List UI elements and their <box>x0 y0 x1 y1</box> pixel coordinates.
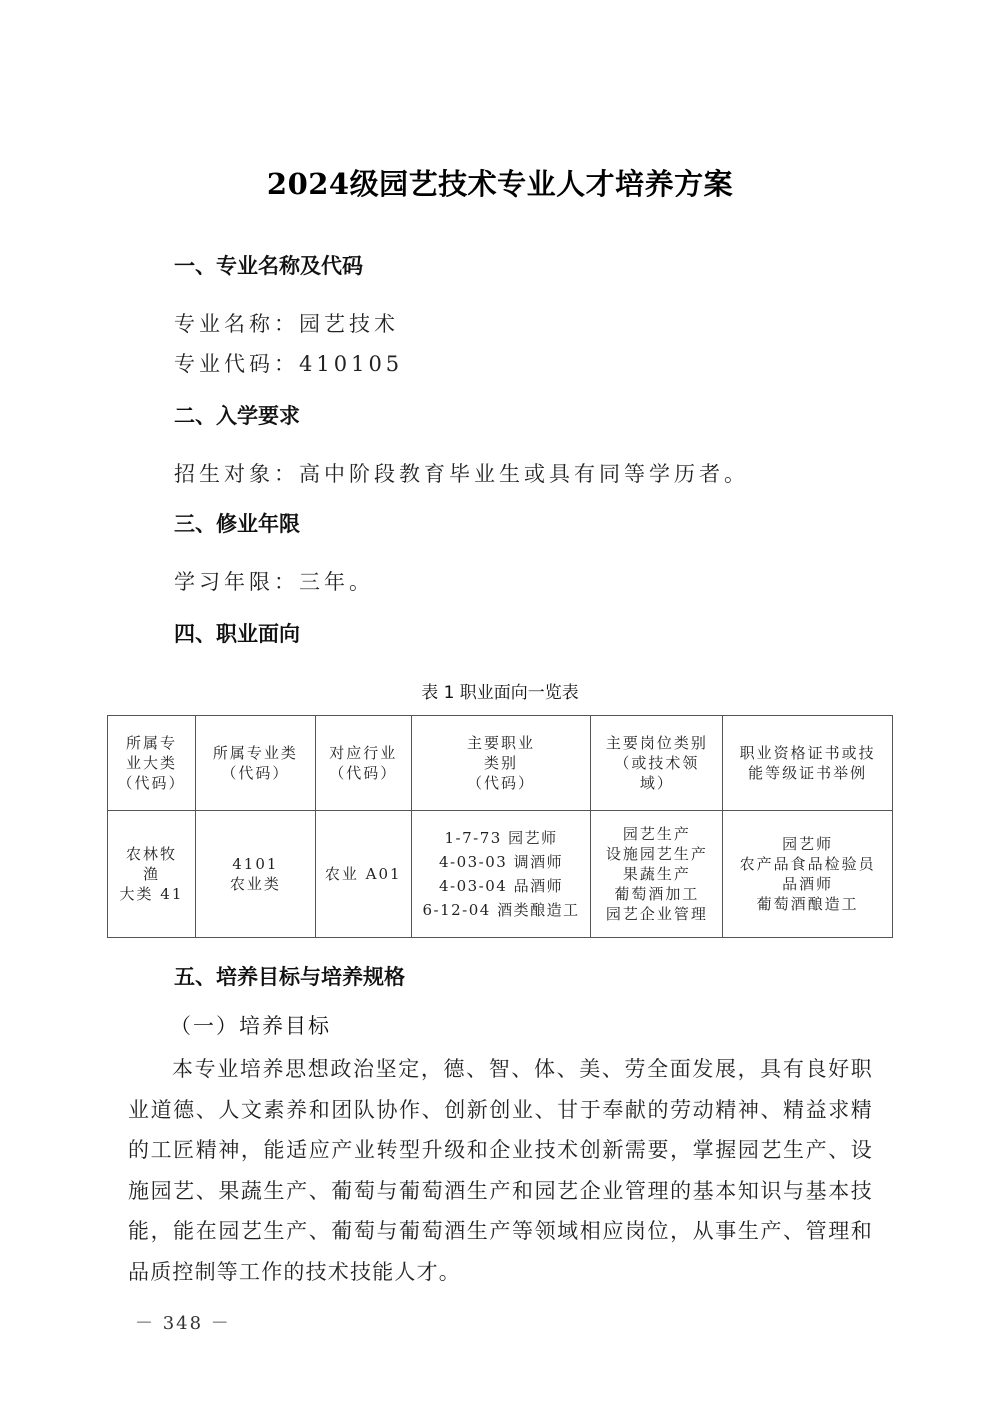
occupation-item: 4-03-04 品酒师 <box>416 874 587 898</box>
section-heading-1: 一、专业名称及代码 <box>174 250 363 280</box>
section-heading-5: 五、培养目标与培养规格 <box>174 961 405 991</box>
section-heading-3: 三、修业年限 <box>174 508 300 538</box>
cell-major-category: 农林牧 渔 大类 41 <box>108 811 196 938</box>
training-goal-paragraph: 本专业培养思想政治坚定，德、智、体、美、劳全面发展，具有良好职业道德、人文素养和… <box>128 1049 873 1292</box>
occupation-item: 6-12-04 酒类酿造工 <box>416 898 587 922</box>
major-name-line: 专业名称：园艺技术 <box>174 308 399 338</box>
table-header-row: 所属专 业大类 （代码） 所属专业类 （代码） 对应行业 （代码） 主要职业 类… <box>108 716 893 811</box>
section-heading-2: 二、入学要求 <box>174 400 300 430</box>
enrollment-target-line: 招生对象：高中阶段教育毕业生或具有同等学历者。 <box>174 458 749 488</box>
cell-industry: 农业 A01 <box>315 811 411 938</box>
header-major-class: 所属专业类 （代码） <box>195 716 315 811</box>
cell-occupations: 1-7-73 园艺师 4-03-03 调酒师 4-03-04 品酒师 6-12-… <box>411 811 591 938</box>
header-positions: 主要岗位类别 （或技术领 域） <box>591 716 723 811</box>
table-row: 农林牧 渔 大类 41 4101 农业类 农业 A01 1-7-73 园艺师 4… <box>108 811 893 938</box>
page-number: － 348 － <box>135 1309 231 1335</box>
cell-major-class: 4101 农业类 <box>195 811 315 938</box>
cell-certificates: 园艺师 农产品食品检验员 品酒师 葡萄酒酿造工 <box>723 811 893 938</box>
major-code-line: 专业代码：410105 <box>174 348 403 378</box>
table-caption: 表 1 职业面向一览表 <box>0 678 1000 703</box>
header-certificates: 职业资格证书或技 能等级证书举例 <box>723 716 893 811</box>
occupation-table: 所属专 业大类 （代码） 所属专业类 （代码） 对应行业 （代码） 主要职业 类… <box>107 715 893 938</box>
section-heading-4: 四、职业面向 <box>174 618 300 648</box>
occupation-item: 4-03-03 调酒师 <box>416 850 587 874</box>
header-major-category: 所属专 业大类 （代码） <box>108 716 196 811</box>
cell-positions: 园艺生产 设施园艺生产 果蔬生产 葡萄酒加工 园艺企业管理 <box>591 811 723 938</box>
header-occupation: 主要职业 类别 （代码） <box>411 716 591 811</box>
study-duration-line: 学习年限：三年。 <box>174 566 374 596</box>
header-industry: 对应行业 （代码） <box>315 716 411 811</box>
document-title: 2024级园艺技术专业人才培养方案 <box>0 162 1000 203</box>
occupation-item: 1-7-73 园艺师 <box>416 826 587 850</box>
subsection-heading: （一）培养目标 <box>170 1010 331 1040</box>
